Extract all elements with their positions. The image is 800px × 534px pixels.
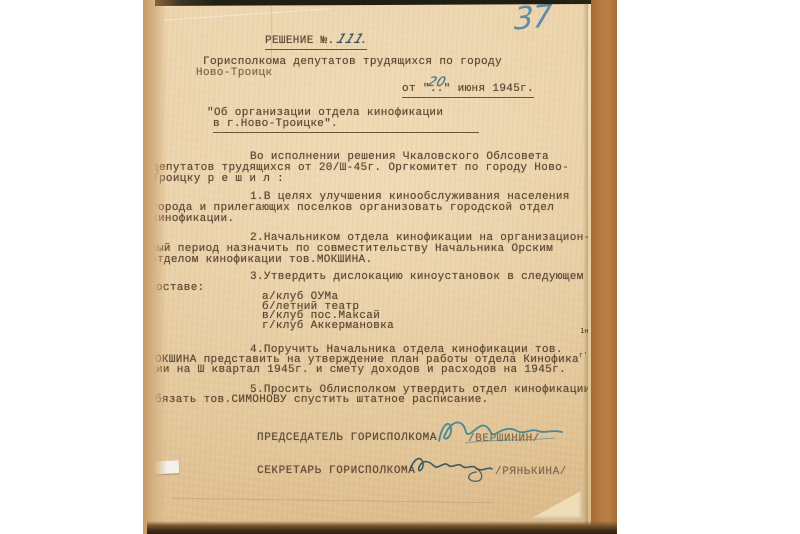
chairman-signature-ink: [435, 415, 573, 453]
handwritten-page-number: 37: [514, 0, 552, 38]
chairman-title: ПРЕДСЕДАТЕЛЬ ГОРИСПОЛКОМА: [257, 433, 437, 444]
subject-line2-text: в г.Ново-Троицке".: [213, 119, 479, 133]
point5-line: обязать тов.СИМОНОВУ спустить штатное ра…: [148, 395, 489, 406]
point4-line: ции на Ш квартал 1945г. и смету доходов …: [149, 365, 566, 376]
document-scan: 37 РЕШЕНИЕ №.111. Горисполкома депутатов…: [143, 0, 617, 534]
paper-crease: [173, 498, 493, 503]
folded-corner: [528, 490, 583, 520]
preamble-line: Троицку р е ш и л :: [152, 174, 284, 185]
issuer-line2: Ново-Троицк: [196, 68, 272, 79]
secretary-title: СЕКРЕТАРЬ ГОРИСПОЛКОМА: [257, 466, 415, 477]
decision-title-label: РЕШЕНИЕ №.: [265, 35, 335, 47]
binding-edge: [143, 0, 167, 534]
point2-line: отделом кинофикации тов.МОКШИНА.: [150, 255, 372, 266]
date-suffix: " июня 1945г.: [444, 83, 534, 95]
subject-line2: в г.Ново-Троицке".: [213, 119, 479, 133]
paper-crease: [161, 8, 331, 21]
cardboard-backing: 1н г': [588, 0, 617, 534]
handwritten-decision-number: 111.: [334, 34, 369, 45]
handwritten-date-day: 20: [426, 77, 447, 88]
point3-line: 3.Утвердить дислокацию киноустановок в с…: [250, 272, 584, 283]
cinema-list-item: г/клуб Аккермановка: [262, 321, 394, 332]
cardboard-mark: г': [579, 351, 587, 357]
secretary-signature-ink: [405, 450, 513, 490]
document-page: 37 РЕШЕНИЕ №.111. Горисполкома депутатов…: [143, 0, 589, 534]
book-bottom-edge: [147, 521, 617, 534]
cardboard-mark: 1н: [580, 327, 588, 333]
decision-title: РЕШЕНИЕ №.111.: [265, 34, 367, 50]
decision-date: от "..20" июня 1945г.: [402, 84, 534, 98]
